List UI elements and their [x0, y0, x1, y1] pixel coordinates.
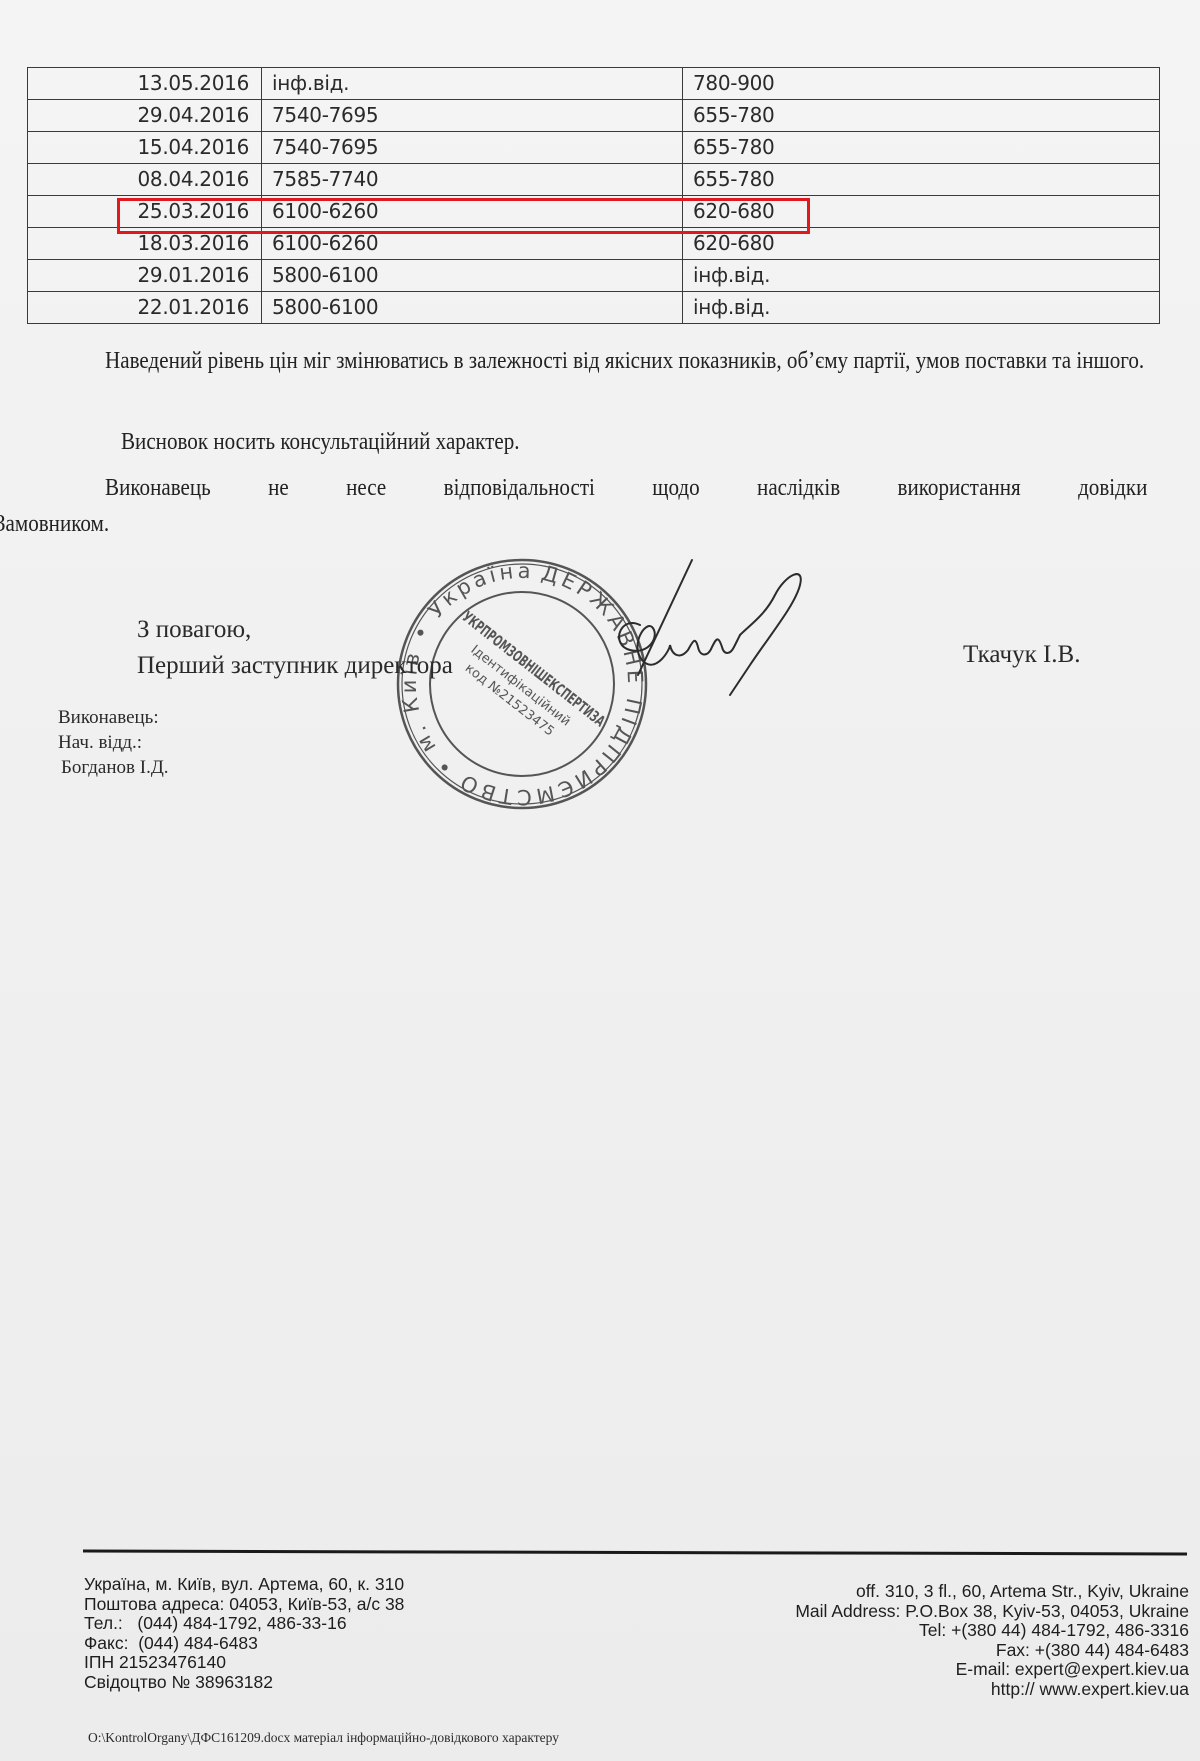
- price-range-a-cell: 7540-7695: [262, 100, 683, 132]
- footer-line: Mail Address: P.O.Box 38, Kyiv-53, 04053…: [795, 1602, 1189, 1622]
- date-cell: 13.05.2016: [28, 68, 262, 100]
- footer-line: Тел.: (044) 484-1792, 486-33-16: [84, 1614, 404, 1634]
- price-range-a-cell: інф.від.: [262, 68, 683, 100]
- footer-website: http:// www.expert.kiev.ua: [795, 1680, 1189, 1700]
- date-cell: 15.04.2016: [28, 132, 262, 164]
- date-cell: 29.01.2016: [28, 260, 262, 292]
- executor-label: Виконавець:: [58, 705, 169, 730]
- closing-salutation: З повагою,: [137, 612, 453, 648]
- table-row: 15.04.2016 7540-7695 655-780: [28, 132, 1160, 164]
- price-range-b-cell: 655-780: [683, 164, 1160, 196]
- table-row: 22.01.2016 5800-6100 інф.від.: [28, 292, 1160, 324]
- disclaimer-price-variation: Наведений рівень цін міг змінюватись в з…: [50, 343, 1147, 379]
- file-path-note: O:\KontrolOrgany\ДФС161209.docx матеріал…: [88, 1730, 559, 1746]
- price-range-a-cell: 5800-6100: [262, 260, 683, 292]
- footer-line: ІПН 21523476140: [84, 1653, 404, 1673]
- price-range-b-cell: 655-780: [683, 132, 1160, 164]
- price-range-a-cell: 7540-7695: [262, 132, 683, 164]
- footer-line: Поштова адреса: 04053, Київ-53, а/с 38: [84, 1595, 404, 1615]
- date-cell: 29.04.2016: [28, 100, 262, 132]
- price-range-b-cell: інф.від.: [683, 292, 1160, 324]
- footer-line: Свідоцтво № 38963182: [84, 1673, 404, 1693]
- signer-position: Перший заступник директора: [137, 648, 453, 684]
- date-cell: 22.01.2016: [28, 292, 262, 324]
- footer-line: Tel: +(380 44) 484-1792, 486-3316: [795, 1621, 1189, 1641]
- table-row: 13.05.2016 інф.від. 780-900: [28, 68, 1160, 100]
- footer-address-en: off. 310, 3 fl., 60, Artema Str., Kyiv, …: [795, 1582, 1189, 1699]
- closing-block: З повагою, Перший заступник директора: [137, 612, 453, 684]
- table-row: 29.01.2016 5800-6100 інф.від.: [28, 260, 1160, 292]
- footer-email: E-mail: expert@expert.kiev.ua: [795, 1660, 1189, 1680]
- date-cell: 08.04.2016: [28, 164, 262, 196]
- footer-address-ua: Україна, м. Київ, вул. Артема, 60, к. 31…: [84, 1575, 404, 1692]
- red-highlight-box: [117, 198, 810, 234]
- executor-block: Виконавець: Нач. відд.: Богданов І.Д.: [58, 705, 169, 780]
- price-range-b-cell: 655-780: [683, 100, 1160, 132]
- price-range-b-cell: інф.від.: [683, 260, 1160, 292]
- executor-dept: Нач. відд.:: [58, 730, 169, 755]
- table-row: 29.04.2016 7540-7695 655-780: [28, 100, 1160, 132]
- price-range-b-cell: 780-900: [683, 68, 1160, 100]
- footer-line: Україна, м. Київ, вул. Артема, 60, к. 31…: [84, 1575, 404, 1595]
- price-range-a-cell: 5800-6100: [262, 292, 683, 324]
- price-range-a-cell: 7585-7740: [262, 164, 683, 196]
- footer-line: off. 310, 3 fl., 60, Artema Str., Kyiv, …: [795, 1582, 1189, 1602]
- disclaimer-liability: Виконавець не несе відповідальності щодо…: [50, 470, 1147, 542]
- table-row: 08.04.2016 7585-7740 655-780: [28, 164, 1160, 196]
- footer-line: Факс: (044) 484-6483: [84, 1634, 404, 1654]
- price-table: 13.05.2016 інф.від. 780-900 29.04.2016 7…: [27, 67, 1160, 324]
- footer-line: Fax: +(380 44) 484-6483: [795, 1641, 1189, 1661]
- signer-name: Ткачук І.В.: [963, 641, 1080, 669]
- executor-name: Богданов І.Д.: [58, 755, 169, 780]
- handwritten-signature: [600, 555, 830, 735]
- disclaimer-consultative: Висновок носить консультаційний характер…: [121, 424, 895, 460]
- liability-line-1: Виконавець не несе відповідальності щодо…: [50, 470, 1147, 506]
- liability-line-2: Замовником.: [50, 506, 1147, 542]
